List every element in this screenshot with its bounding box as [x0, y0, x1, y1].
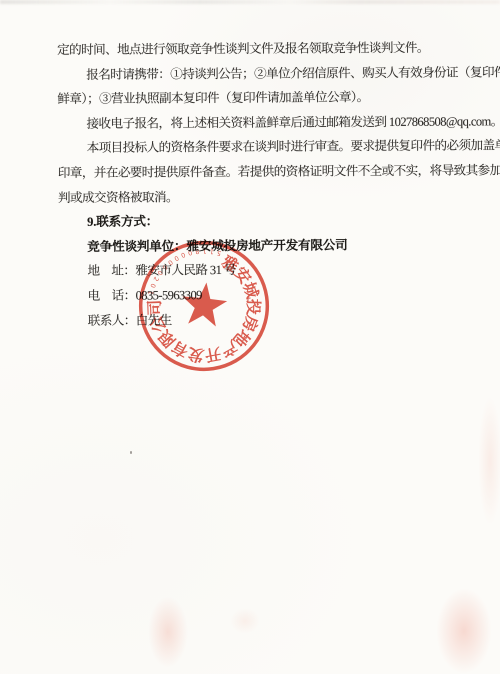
ink-smudge — [436, 588, 492, 674]
svg-text:有: 有 — [168, 337, 191, 361]
text-line: 联系人：白先生 — [59, 306, 473, 333]
svg-text:开: 开 — [203, 344, 222, 365]
text-line: 地 址：雅安市人民路 31 号 — [58, 257, 472, 284]
ink-smudge — [230, 608, 260, 634]
text-line: 本项目投标人的资格条件要求在谈判时进行审查。要求提供复印件的必须加盖单位 — [58, 134, 472, 161]
text-line: 竞争性谈判单位：雅安城投房地产开发有限公司 — [58, 232, 472, 259]
text-line: 9.联系方式： — [58, 208, 472, 235]
svg-text:产: 产 — [217, 337, 240, 361]
scan-edge-smudge — [0, 0, 500, 4]
text-line: 电 话：0835-5963309 — [59, 281, 473, 308]
text-line: 报名时请携带：①持谈判公告；②单位介绍信原件、购买人有效身份证（复印件盖 — [57, 60, 471, 87]
ink-smudge — [478, 396, 500, 526]
text-line: 接收电子报名，将上述相关资料盖鲜章后通过邮箱发送到 1027868508@qq.… — [57, 109, 471, 136]
text-line: 定的时间、地点进行领取竞争性谈判文件及报名领取竞争性谈判文件。 — [57, 35, 471, 62]
svg-text:发: 发 — [187, 344, 207, 366]
dust-speck — [130, 451, 132, 454]
scanned-document-page: { "page": { "colors": { "paper": "#fcfbf… — [0, 0, 500, 674]
text-line: 鲜章）；③营业执照副本复印件（复印件请加盖单位公章）。 — [57, 85, 471, 112]
text-line: 判或成交资格被取消。 — [58, 183, 472, 210]
text-line: 印章，并在必要时提供原件备查。若提供的资格证明文件不全或不实，将导致其参加谈 — [58, 158, 472, 185]
ink-smudge — [148, 596, 188, 668]
document-text: 定的时间、地点进行领取竞争性谈判文件及报名领取竞争性谈判文件。报名时请携带：①持… — [57, 35, 473, 333]
